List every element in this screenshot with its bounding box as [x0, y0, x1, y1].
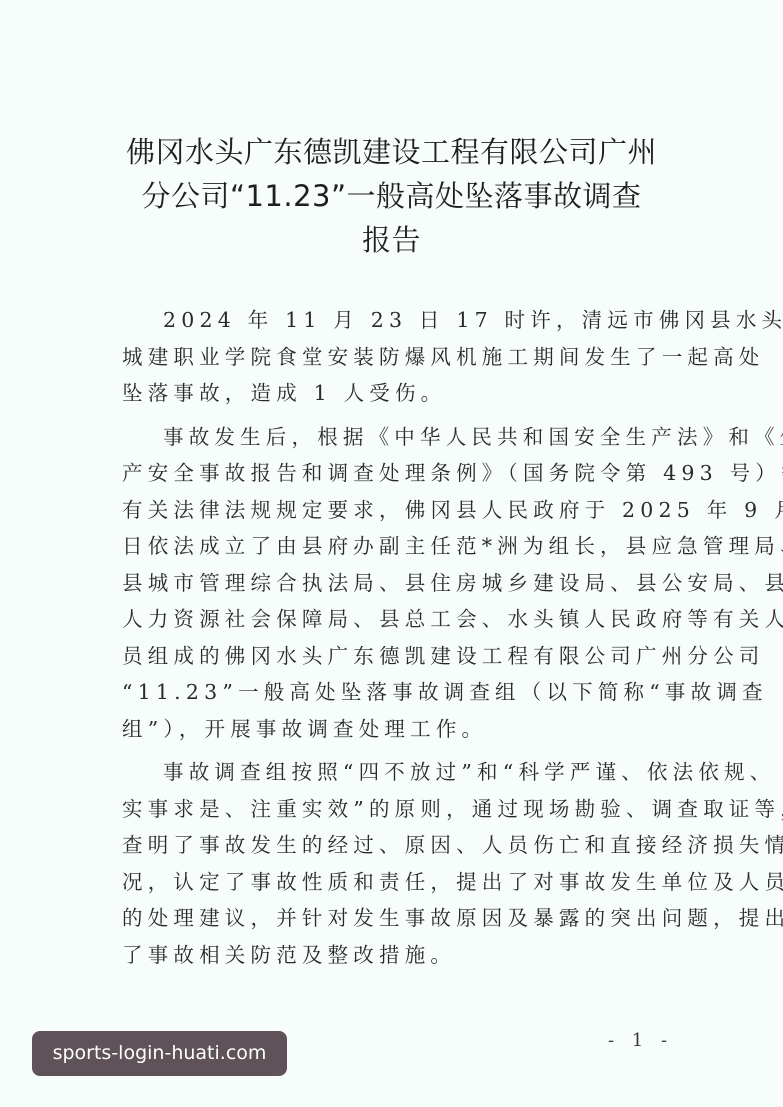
document-page: 佛冈水头广东德凯建设工程有限公司广州 分公司“11.23”一般高处坠落事故调查 …	[0, 0, 783, 1107]
text-line: 组”），开展事故调查处理工作。	[122, 711, 688, 748]
text-line: 日依法成立了由县府办副主任范*洲为组长，县应急管理局、	[122, 528, 688, 565]
text-line: 的处理建议，并针对发生事故原因及暴露的突出问题，提出	[122, 900, 688, 937]
text-line: 事故调查组按照“四不放过”和“科学严谨、依法依规、	[122, 754, 688, 791]
paragraph-investigation-team: 事故发生后，根据《中华人民共和国安全生产法》和《生 产安全事故报告和调查处理条例…	[122, 419, 688, 748]
text-line: 员组成的佛冈水头广东德凯建设工程有限公司广州分公司	[122, 638, 688, 675]
text-line: 况，认定了事故性质和责任，提出了对事故发生单位及人员	[122, 864, 688, 901]
document-body: 2024 年 11 月 23 日 17 时许，清远市佛冈县水头镇广州 城建职业学…	[122, 302, 688, 980]
document-title: 佛冈水头广东德凯建设工程有限公司广州 分公司“11.23”一般高处坠落事故调查 …	[0, 130, 783, 262]
title-line: 报告	[0, 218, 783, 262]
text-line: 实事求是、注重实效”的原则，通过现场勘验、调查取证等，	[122, 791, 688, 828]
text-line: 有关法律法规规定要求，佛冈县人民政府于 2025 年 9 月 8	[122, 492, 688, 529]
text-line: 城建职业学院食堂安装防爆风机施工期间发生了一起高处	[122, 339, 688, 376]
title-line: 分公司“11.23”一般高处坠落事故调查	[0, 174, 783, 218]
text-line: 产安全事故报告和调查处理条例》（国务院令第 493 号）等	[122, 455, 688, 492]
text-line: 事故发生后，根据《中华人民共和国安全生产法》和《生	[122, 419, 688, 456]
text-line: 查明了事故发生的经过、原因、人员伤亡和直接经济损失情	[122, 827, 688, 864]
text-line: 坠落事故，造成 1 人受伤。	[122, 375, 688, 412]
title-line: 佛冈水头广东德凯建设工程有限公司广州	[0, 130, 783, 174]
text-line: “11.23”一般高处坠落事故调查组（以下简称“事故调查	[122, 674, 688, 711]
page-number: - 1 -	[608, 1030, 673, 1051]
paragraph-investigation-principles: 事故调查组按照“四不放过”和“科学严谨、依法依规、 实事求是、注重实效”的原则，…	[122, 754, 688, 973]
text-line: 县城市管理综合执法局、县住房城乡建设局、县公安局、县	[122, 565, 688, 602]
text-line: 人力资源社会保障局、县总工会、水头镇人民政府等有关人	[122, 601, 688, 638]
text-line: 2024 年 11 月 23 日 17 时许，清远市佛冈县水头镇广州	[122, 302, 688, 339]
text-line: 了事故相关防范及整改措施。	[122, 937, 688, 974]
paragraph-incident-summary: 2024 年 11 月 23 日 17 时许，清远市佛冈县水头镇广州 城建职业学…	[122, 302, 688, 412]
watermark-badge: sports-login-huati.com	[32, 1031, 287, 1076]
